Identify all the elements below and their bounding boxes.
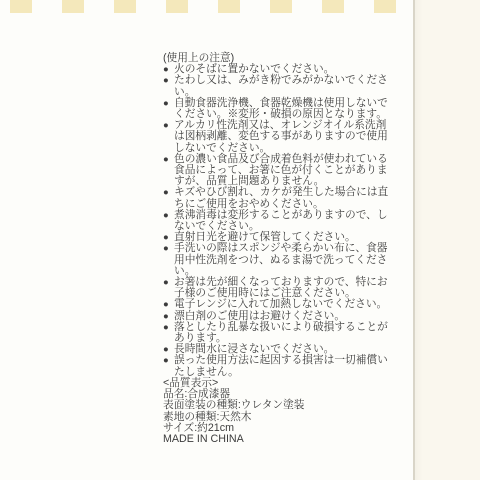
care-instruction-item: ● 手洗いの際はスポンジや柔らかい布に、食器用中性洗剤をつけ、ぬるま湯で洗ってく… [163, 243, 389, 277]
care-instruction-text: 手洗いの際はスポンジや柔らかい布に、食器用中性洗剤をつけ、ぬるま湯で洗ってくださ… [174, 243, 389, 277]
bullet-icon: ● [163, 311, 174, 322]
bullet-icon: ● [163, 344, 174, 355]
bullet-icon: ● [163, 232, 174, 243]
care-instruction-item: ● 色の濃い食品及び合成着色料が使われている食品によって、お箸に色が付くことがあ… [163, 154, 389, 188]
care-instruction-item: ● お箸は先が細くなっておりますので、特にお子様のご使用時にはご注意ください。 [163, 277, 389, 299]
bullet-icon: ● [163, 210, 174, 232]
care-instruction-item: ● 自動食器洗浄機、食器乾燥機は使用しないでください。※変形・破損の原因となりま… [163, 98, 389, 120]
bullet-icon: ● [163, 154, 174, 188]
bullet-icon: ● [163, 322, 174, 344]
quality-label-row-country-of-origin: MADE IN CHINA [163, 434, 389, 445]
care-instruction-text: 煮沸消毒は変形することがありますので、しないでください。 [174, 210, 389, 232]
care-instruction-text: アルカリ性洗剤又は、オレンジオイル系洗剤は図柄剥離、変色する事がありますので使用… [174, 120, 389, 154]
care-instruction-text: たわし又は、みがき粉でみがかないでください。 [174, 75, 389, 97]
care-instruction-text: 落としたり乱暴な扱いにより破損することがあります。 [174, 322, 389, 344]
package-label-photo: (使用上の注意) ● 火のそばに置かないでください。 ● たわし又は、みがき粉で… [0, 0, 480, 480]
care-instruction-item: ● アルカリ性洗剤又は、オレンジオイル系洗剤は図柄剥離、変色する事がありますので… [163, 120, 389, 154]
care-instruction-text: お箸は先が細くなっておりますので、特にお子様のご使用時にはご注意ください。 [174, 277, 389, 299]
care-instruction-item: ● キズやひび割れ、カケが発生した場合には直ちにご使用をおやめください。 [163, 187, 389, 209]
package-side-edge [413, 0, 480, 480]
bullet-icon: ● [163, 187, 174, 209]
label-text-block: (使用上の注意) ● 火のそばに置かないでください。 ● たわし又は、みがき粉で… [163, 53, 389, 445]
bullet-icon: ● [163, 120, 174, 154]
bullet-icon: ● [163, 299, 174, 310]
care-instruction-text: キズやひび割れ、カケが発生した場合には直ちにご使用をおやめください。 [174, 187, 389, 209]
care-instruction-item: ● たわし又は、みがき粉でみがかないでください。 [163, 75, 389, 97]
bullet-icon: ● [163, 98, 174, 120]
care-instruction-item: ● 誤った使用方法に起因する損害は一切補償いたしません。 [163, 355, 389, 377]
bullet-icon: ● [163, 243, 174, 277]
care-instruction-text: 誤った使用方法に起因する損害は一切補償いたしません。 [174, 355, 389, 377]
bullet-icon: ● [163, 355, 174, 377]
care-instruction-text: 自動食器洗浄機、食器乾燥機は使用しないでください。※変形・破損の原因となります。 [174, 98, 389, 120]
quality-label-row-surface-coating: 表面塗装の種類:ウレタン塗装 [163, 400, 389, 411]
bullet-icon: ● [163, 64, 174, 75]
care-instruction-item: ● 煮沸消毒は変形することがありますので、しないでください。 [163, 210, 389, 232]
care-instruction-item: ● 電子レンジに入れて加熱しないでください。 [163, 299, 389, 310]
bullet-icon: ● [163, 75, 174, 97]
care-instruction-text: 色の濃い食品及び合成着色料が使われている食品によって、お箸に色が付くことがありま… [174, 154, 389, 188]
care-instruction-text: 電子レンジに入れて加熱しないでください。 [174, 299, 389, 310]
gingham-border-pattern [0, 0, 413, 13]
bullet-icon: ● [163, 277, 174, 299]
care-instruction-item: ● 落としたり乱暴な扱いにより破損することがあります。 [163, 322, 389, 344]
